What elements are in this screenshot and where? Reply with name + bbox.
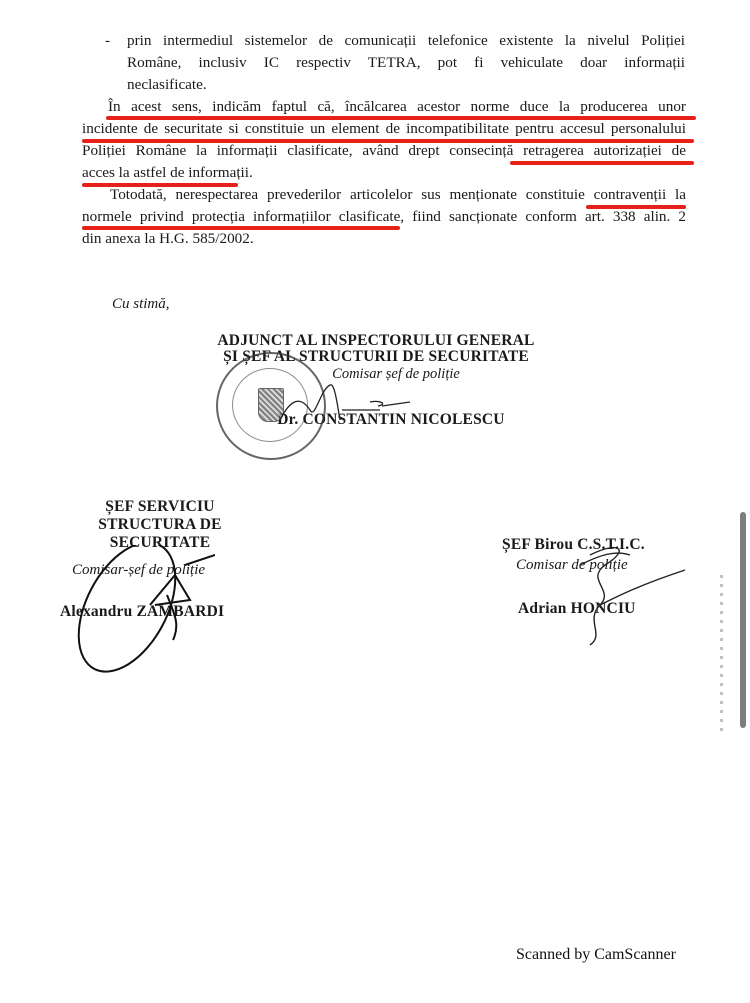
handwritten-signature-right — [560, 535, 690, 650]
bullet-line-1: prin intermediul sistemelor de comunicaț… — [127, 30, 685, 52]
handwritten-signature-main — [270, 380, 430, 430]
camscanner-watermark: Scanned by CamScanner — [516, 946, 676, 964]
bullet-line-3: neclasificate. — [127, 74, 207, 96]
paragraph1-line-3: Poliției Române la informații clasificat… — [82, 140, 686, 162]
vertical-scrollbar[interactable] — [740, 512, 746, 728]
paragraph1-line-4: acces la astfel de informații. — [82, 162, 253, 184]
paragraph1-line-2: incidente de securitate si constituie un… — [82, 118, 686, 140]
handwritten-signature-left — [55, 545, 215, 680]
paragraph-contraventions: Totodată, nerespectarea prevederilor art… — [82, 184, 686, 254]
left-signature-block: ȘEF SERVICIU STRUCTURA DE SECURITATE — [60, 498, 260, 552]
closing-salutation: Cu stimă, — [112, 296, 170, 313]
left-title-line-1: ȘEF SERVICIU — [60, 498, 260, 516]
highlight-underline — [82, 139, 694, 143]
left-title-line-2: STRUCTURA DE — [60, 516, 260, 534]
paragraph2-line-3: din anexa la H.G. 585/2002. — [82, 228, 254, 250]
highlight-underline — [106, 116, 696, 120]
scan-edge-artifact — [720, 575, 723, 735]
paragraph2-line-1: Totodată, nerespectarea prevederilor art… — [110, 184, 686, 206]
highlight-underline — [510, 161, 694, 165]
paragraph2-line-2: normele privind protecția informațiilor … — [82, 206, 686, 228]
paragraph1-line-1: În acest sens, indicăm faptul că, încălc… — [108, 96, 686, 118]
bullet-block: - prin intermediul sistemelor de comunic… — [105, 30, 685, 100]
bullet-marker: - — [105, 30, 110, 52]
bullet-line-2: Române, inclusiv IC respectiv TETRA, pot… — [127, 52, 685, 74]
